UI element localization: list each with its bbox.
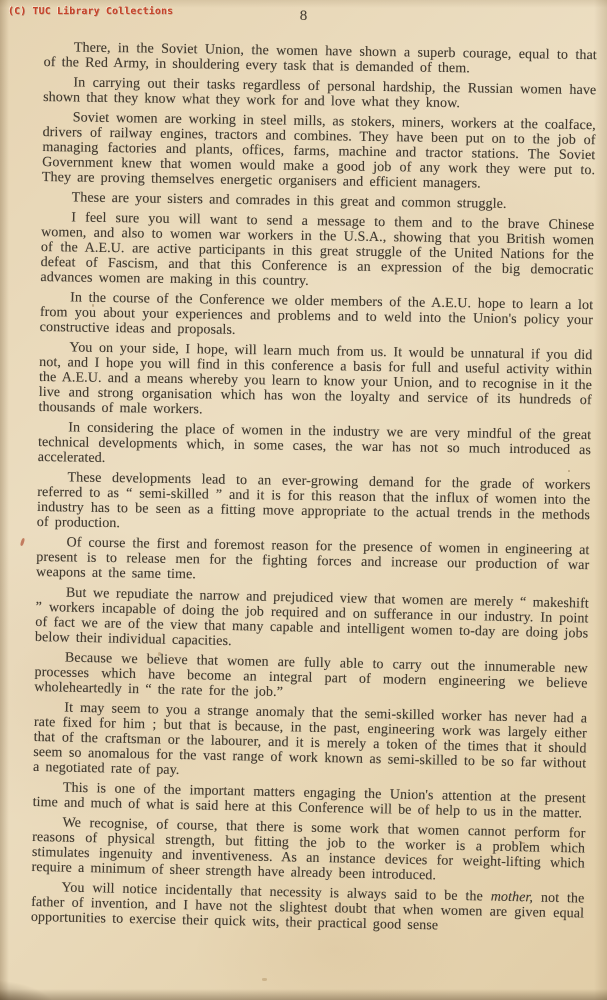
paragraph: Because we believe that women are fully … xyxy=(34,650,588,707)
paper-speck xyxy=(468,122,471,125)
paragraph: In considering the place of women in the… xyxy=(38,420,592,473)
paragraph: It may seem to you a strange anomaly tha… xyxy=(33,700,587,787)
paper-speck xyxy=(158,652,161,656)
paper-speck xyxy=(262,978,267,981)
paragraph: These are your sisters and comrades in t… xyxy=(42,190,595,213)
paragraph: You will notice incidentally that necess… xyxy=(31,880,585,937)
paper-speck xyxy=(521,842,525,844)
paragraph: Soviet women are working in steel mills,… xyxy=(42,110,596,193)
paragraph: These developments lead to an ever-growi… xyxy=(37,470,591,538)
paper-speck xyxy=(92,304,94,307)
paper-speck xyxy=(568,470,570,472)
paragraph: But we repudiate the narrow and prejudic… xyxy=(35,585,589,657)
paragraph: In the course of the Conference we older… xyxy=(40,290,594,343)
page-body: There, in the Soviet Union, the women ha… xyxy=(31,40,597,938)
paragraph: In carrying out their tasks regardless o… xyxy=(43,75,596,113)
italic-word: mother, xyxy=(491,890,534,906)
paragraph: This is one of the important matters eng… xyxy=(32,780,586,822)
paragraph: You on your side, I hope, will learn muc… xyxy=(38,340,592,423)
paragraph: I feel sure you will want to send a mess… xyxy=(40,210,594,293)
margin-ink-mark xyxy=(20,538,25,547)
paragraph: There, in the Soviet Union, the women ha… xyxy=(44,40,597,78)
paragraph: Of course the first and foremost reason … xyxy=(36,535,590,588)
paragraph: We recognise, of course, that there is s… xyxy=(31,815,585,887)
scanned-page: (C) TUC Library Collections 8 There, in … xyxy=(0,0,607,1000)
page-number: 8 xyxy=(0,8,607,25)
